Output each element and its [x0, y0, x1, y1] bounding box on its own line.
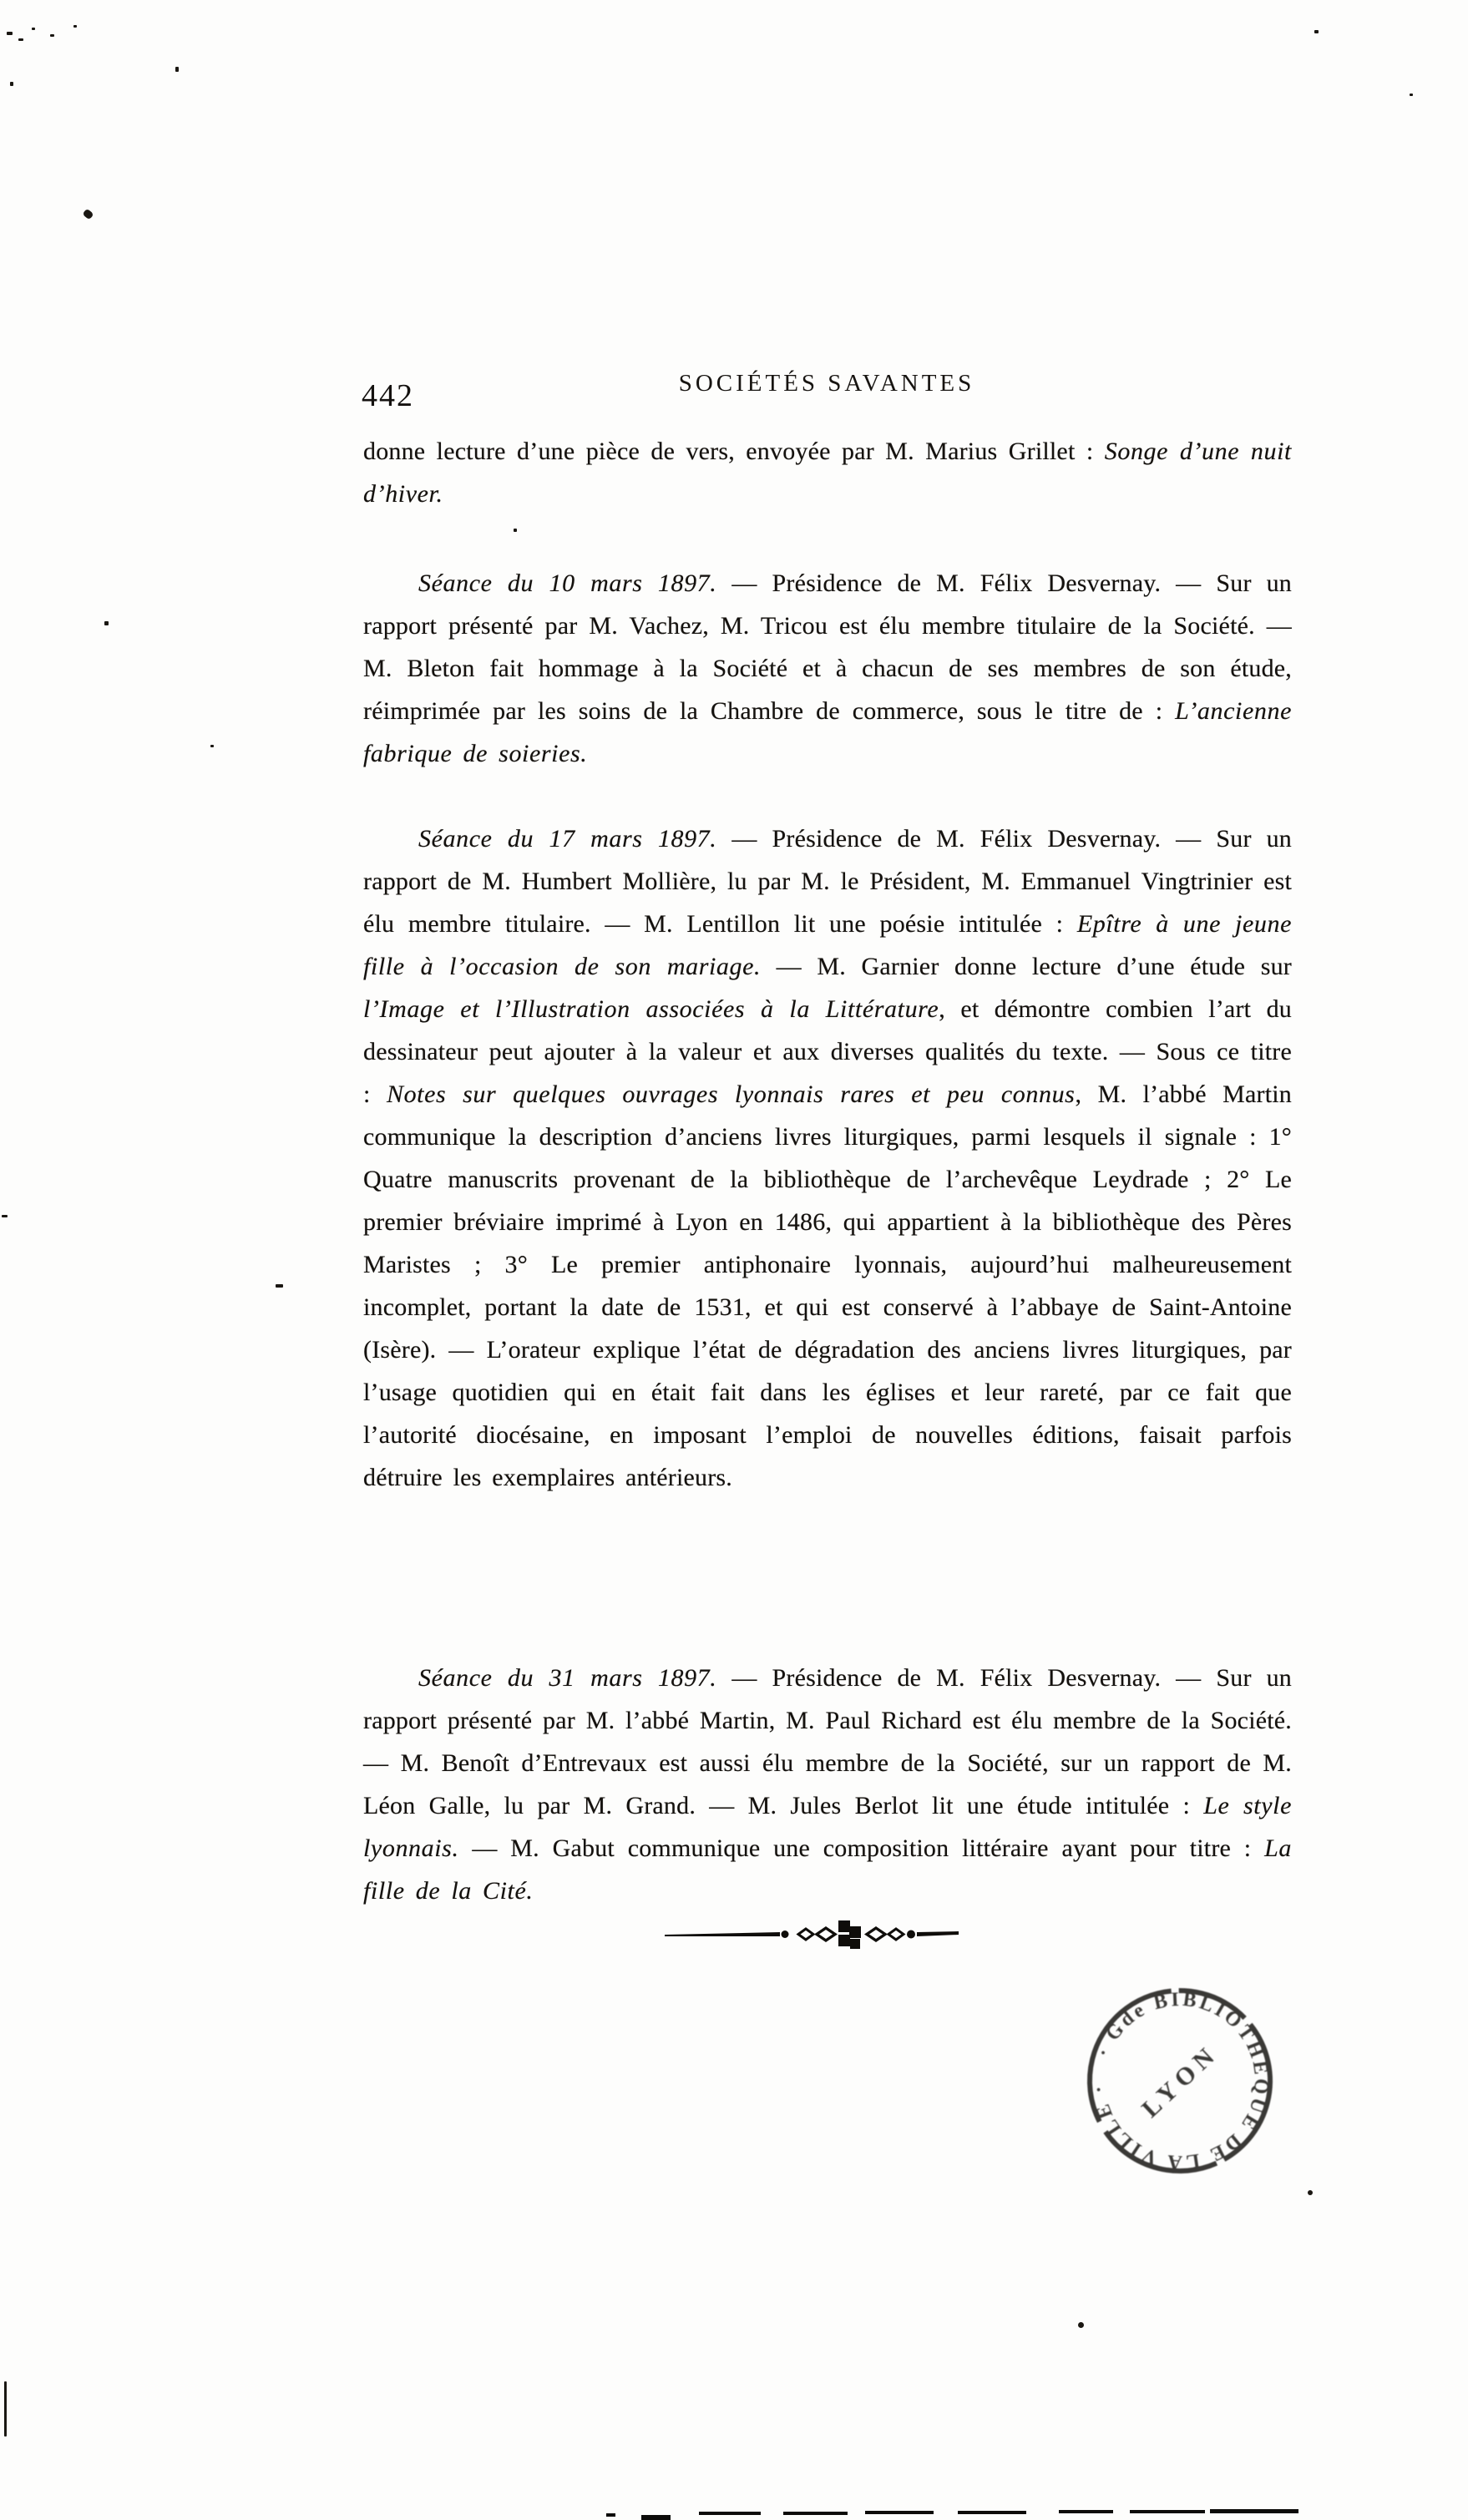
- scan-speck: [73, 25, 77, 28]
- italic-title-segment: Séance du 31 mars 1897.: [418, 1664, 716, 1692]
- scan-speck: [4, 2381, 7, 2437]
- library-stamp: · Gde BIBLIOTHÈQUE DE LA VILLE · LYON: [1059, 1960, 1302, 2203]
- text-segment: — M. Gabut communique une composition li…: [459, 1834, 1265, 1862]
- paragraph-seance-10-mars: Séance du 10 mars 1897. — Présidence de …: [363, 562, 1292, 775]
- scan-speck: [1308, 2190, 1313, 2195]
- stamp-center-text: LYON: [1136, 2039, 1223, 2123]
- scan-speck: [82, 209, 94, 220]
- scan-speck: [1314, 30, 1319, 33]
- text-segment: — M. Garnier donne lecture d’une étude s…: [761, 953, 1292, 980]
- scan-speck: [276, 1284, 283, 1288]
- scan-speck: [104, 621, 109, 625]
- paragraph-seance-31-mars: Séance du 31 mars 1897. — Présidence de …: [363, 1657, 1292, 1912]
- scan-speck: [2, 1215, 8, 1217]
- text-segment: donne lecture d’une pièce de vers, envoy…: [363, 438, 1105, 465]
- scan-edge-dash: [699, 2512, 761, 2515]
- scan-edge-dash: [641, 2515, 671, 2520]
- scan-edge-dash: [865, 2511, 934, 2514]
- scan-edge-dash: [1059, 2510, 1113, 2513]
- scan-edge-dash: [1210, 2509, 1298, 2513]
- italic-title-segment: l’Image et l’Illustration associées à la…: [363, 995, 939, 1023]
- scan-edge-dash: [1130, 2510, 1205, 2513]
- scan-speck: [514, 529, 517, 532]
- running-header: SOCIÉTÉS SAVANTES: [363, 370, 1290, 397]
- italic-title-segment: Séance du 10 mars 1897.: [418, 569, 716, 597]
- scan-speck: [1410, 94, 1413, 96]
- scan-speck: [7, 32, 13, 35]
- scan-speck: [18, 38, 23, 41]
- scan-edge-dash: [606, 2513, 615, 2517]
- scan-speck: [10, 82, 13, 86]
- paragraph-seance-17-mars: Séance du 17 mars 1897. — Présidence de …: [363, 817, 1292, 1499]
- fleuron-divider: [665, 1918, 959, 1951]
- scanned-book-page: 442 SOCIÉTÉS SAVANTES donne lecture d’un…: [0, 0, 1468, 2520]
- scan-speck: [1078, 2322, 1084, 2328]
- text-segment: , M. l’abbé Martin communique la descrip…: [363, 1080, 1292, 1491]
- italic-title-segment: Notes sur quelques ouvrages lyonnais rar…: [387, 1080, 1076, 1108]
- scan-speck: [210, 745, 214, 747]
- paragraph-continuation: donne lecture d’une pièce de vers, envoy…: [363, 430, 1292, 515]
- scan-speck: [32, 28, 35, 30]
- scan-speck: [50, 34, 54, 37]
- scan-edge-dash: [783, 2512, 848, 2515]
- scan-speck: [175, 67, 179, 72]
- scan-edge-dash: [958, 2511, 1026, 2514]
- italic-title-segment: Séance du 17 mars 1897.: [418, 825, 716, 853]
